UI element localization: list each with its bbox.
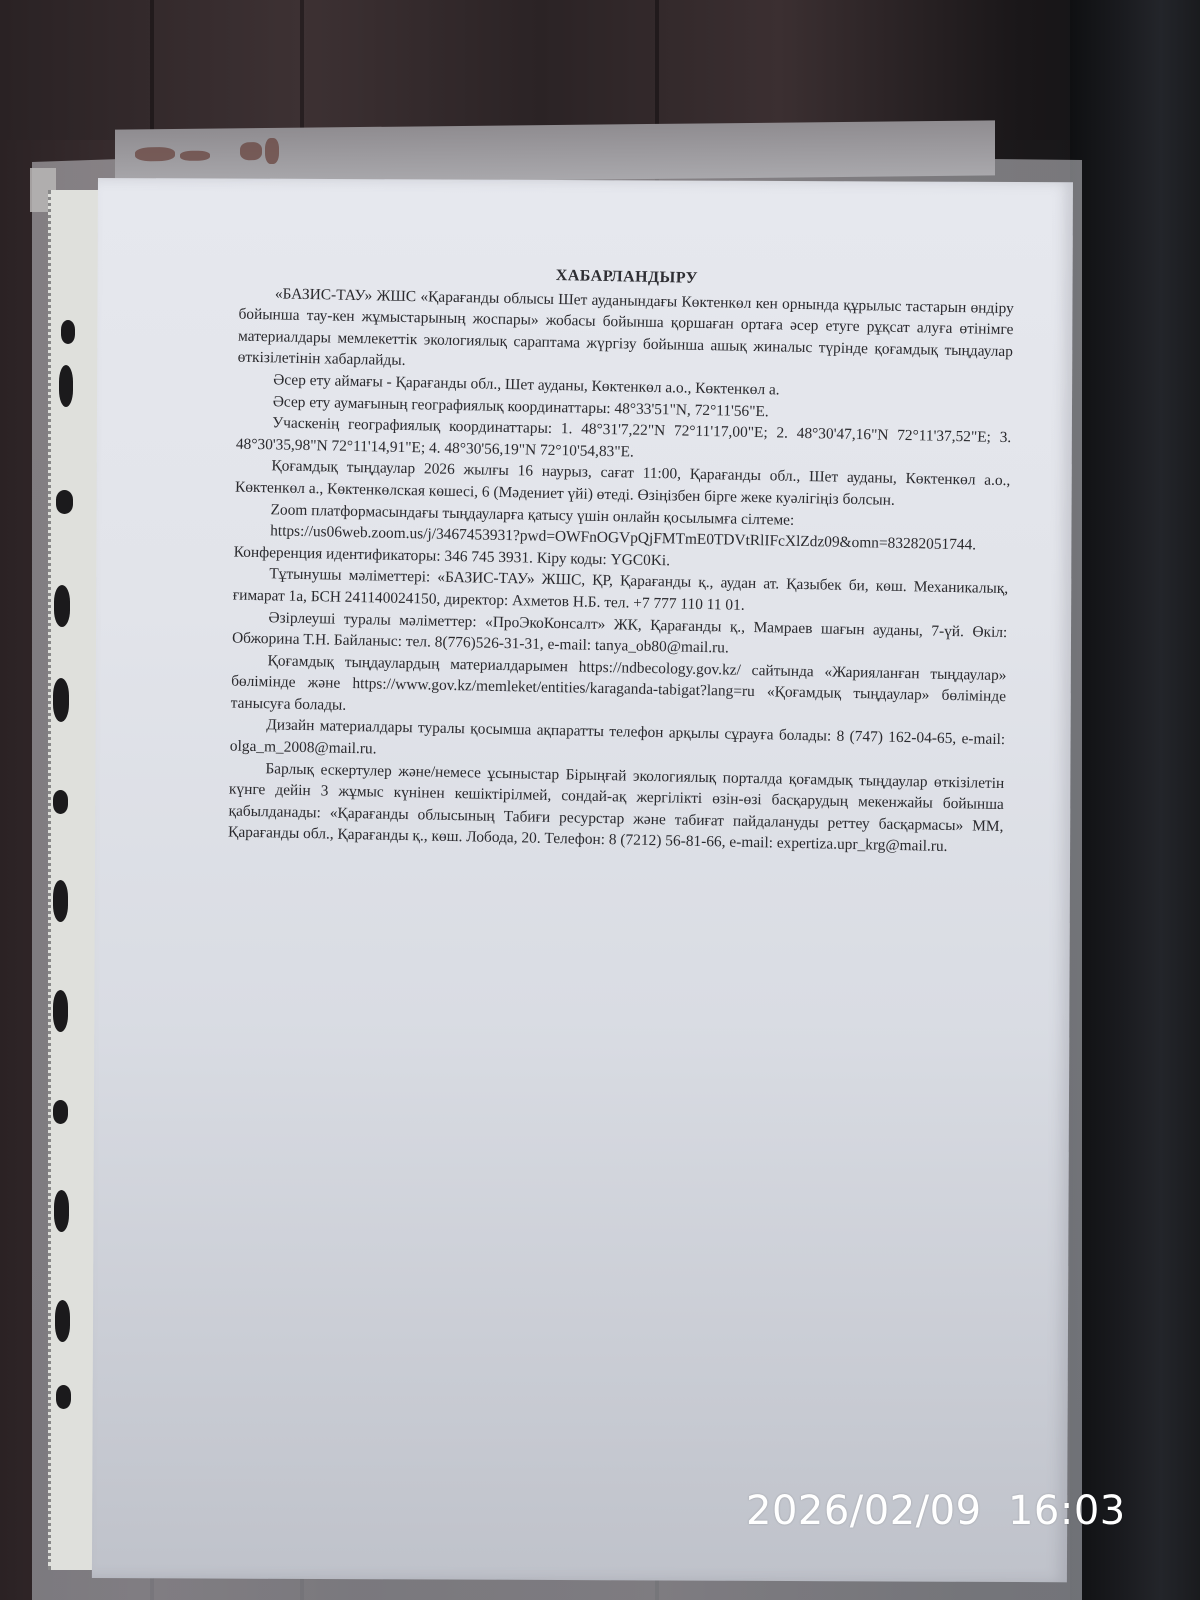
timestamp-date: 2026/02/09 (746, 1488, 982, 1534)
punch-hole (54, 1190, 69, 1232)
sleeve-top-flap (115, 120, 995, 184)
wall-background-top (0, 0, 1200, 140)
punch-hole (53, 678, 69, 722)
notice-document: ХАБАРЛАНДЫРУ «БАЗИС-ТАУ» ЖШС «Қарағанды … (228, 259, 1015, 859)
punch-hole (53, 990, 68, 1032)
camera-timestamp: 2026/02/09 16:03 (746, 1488, 1126, 1534)
punch-hole (53, 790, 68, 814)
punch-hole (55, 1300, 70, 1342)
punch-hole (53, 880, 68, 922)
timestamp-time: 16:03 (1008, 1488, 1126, 1534)
punch-hole (54, 585, 70, 627)
punch-hole (56, 490, 73, 514)
punch-hole (59, 365, 73, 407)
punch-hole (61, 320, 75, 344)
punch-hole (53, 1100, 68, 1124)
notice-intro-paragraph: «БАЗИС-ТАУ» ЖШС «Қарағанды облысы Шет ау… (237, 282, 1014, 384)
wall-background-right (1070, 0, 1200, 1600)
punch-hole (56, 1385, 71, 1409)
comments-submission-paragraph: Барлық ескертулер және/немесе ұсыныстар … (228, 757, 1005, 859)
notice-sheet: ХАБАРЛАНДЫРУ «БАЗИС-ТАУ» ЖШС «Қарағанды … (92, 178, 1073, 1582)
